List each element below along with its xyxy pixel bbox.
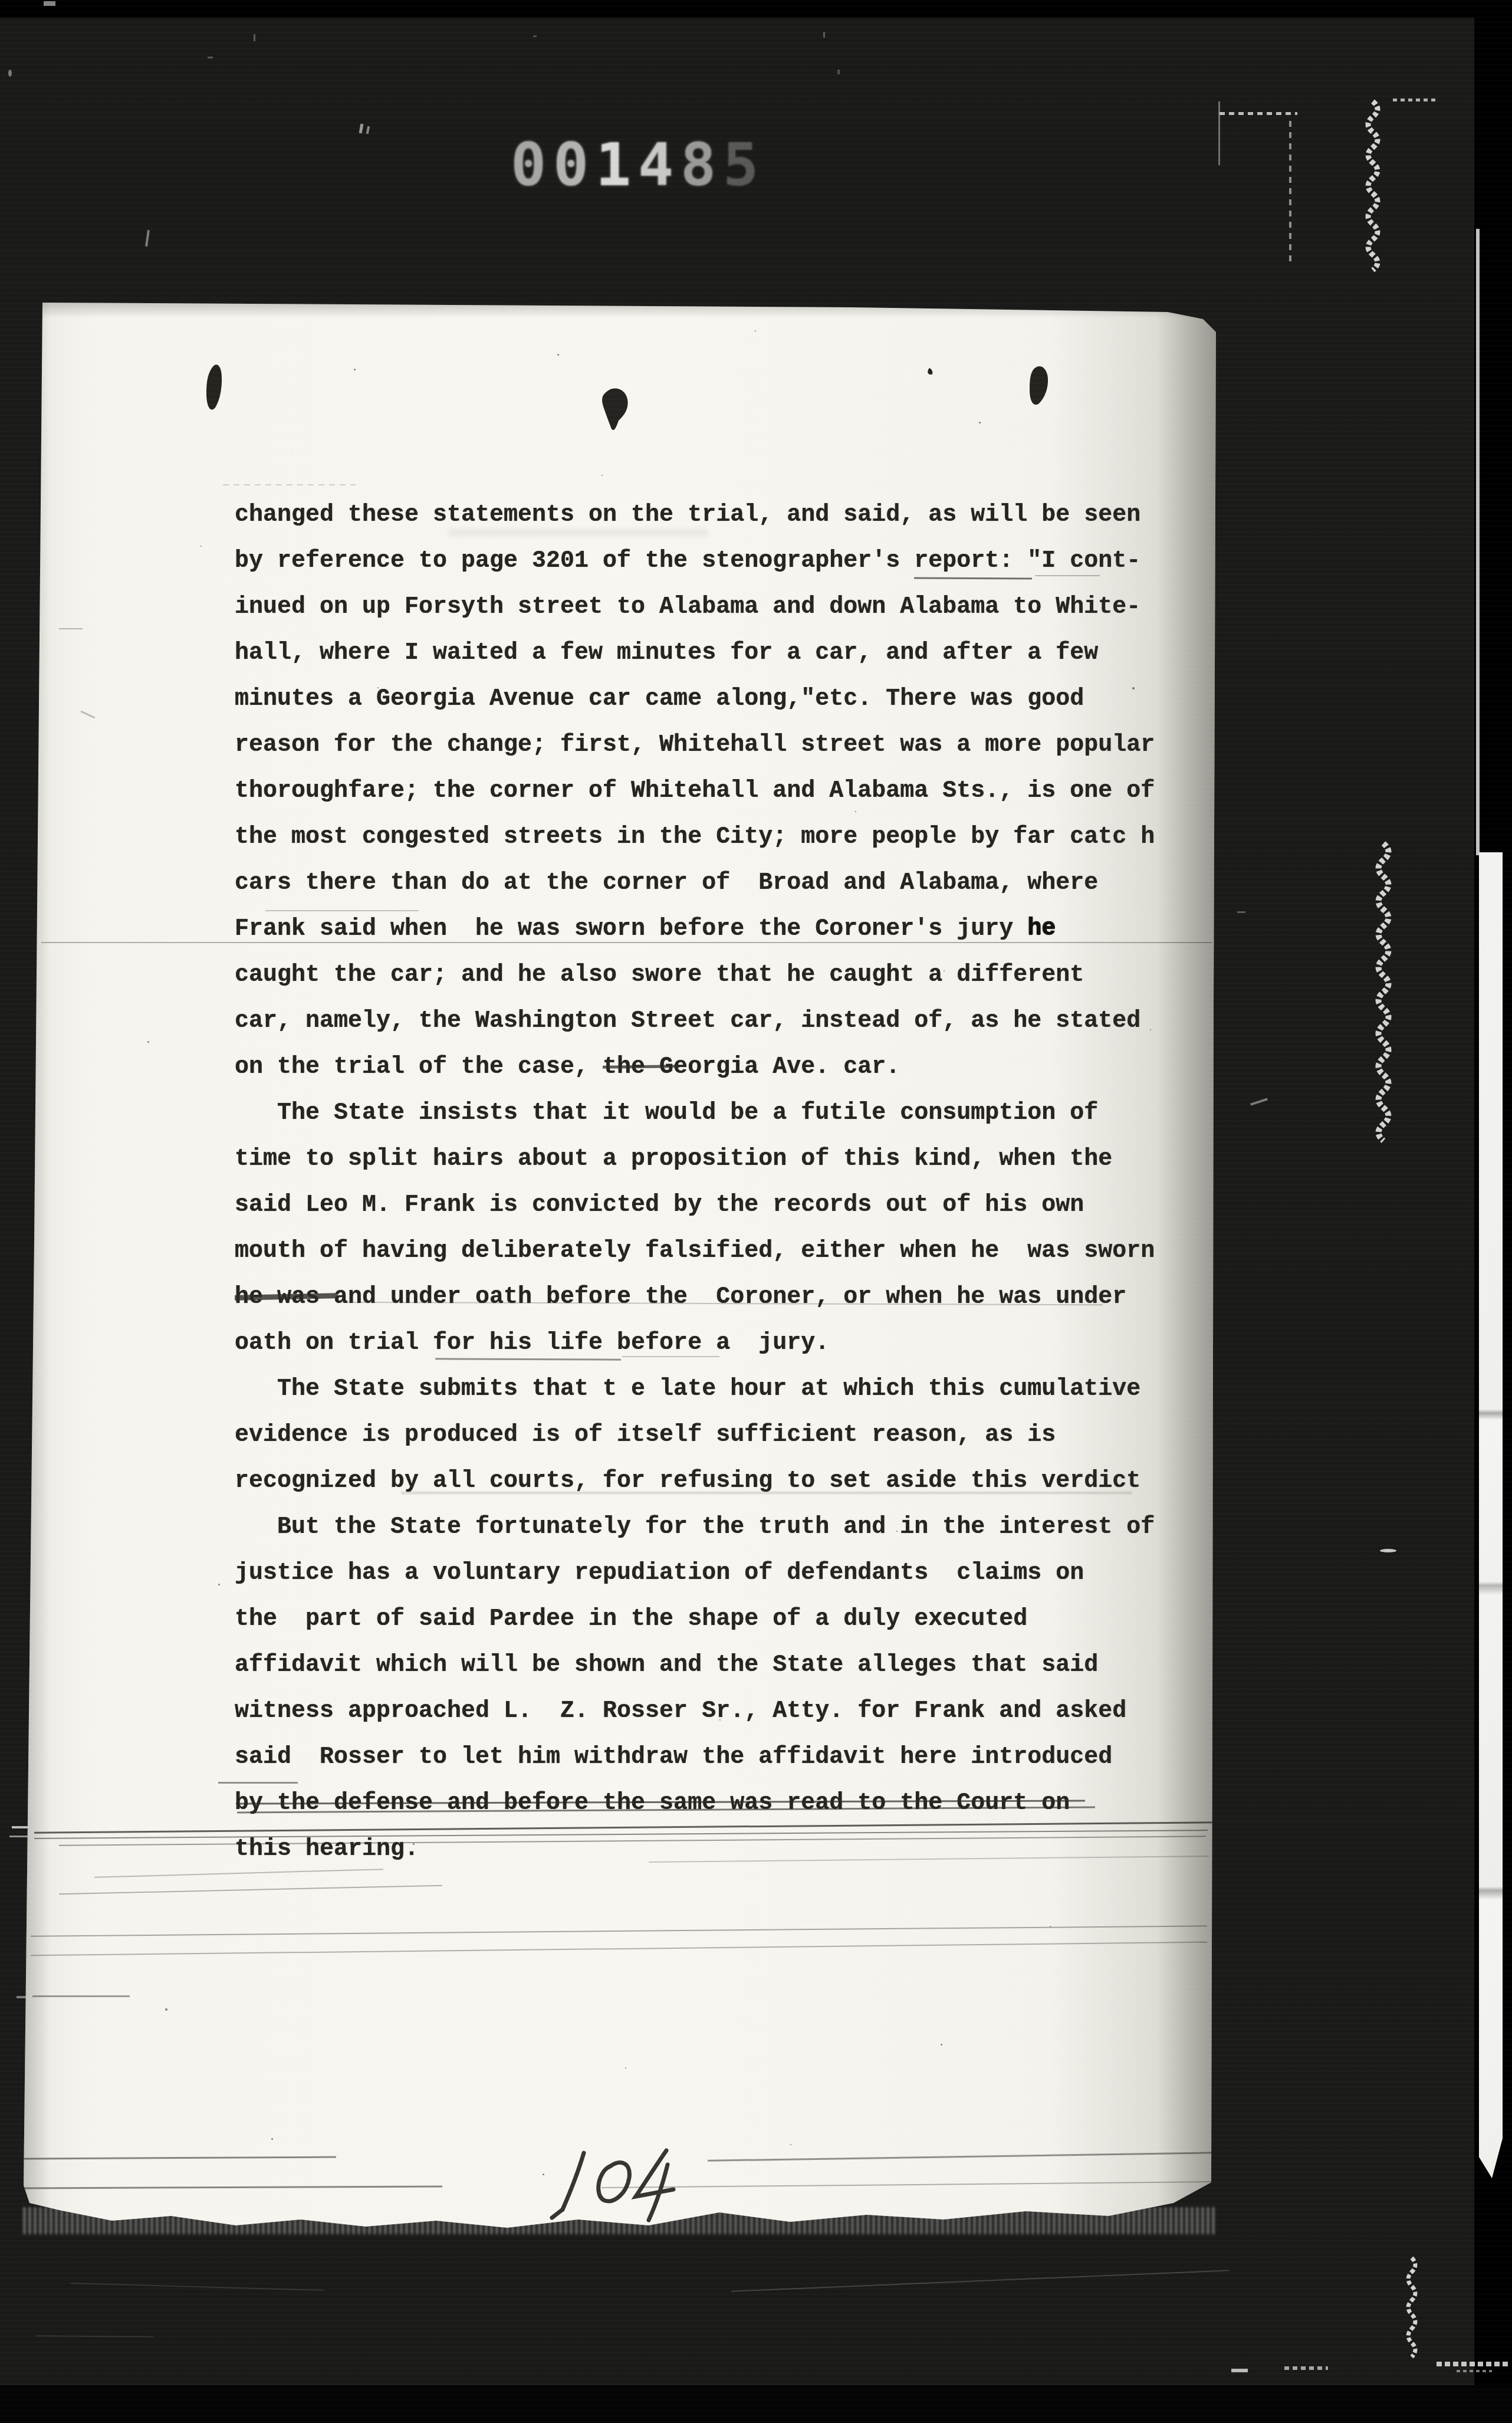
film-squiggle [1368,101,1378,270]
page-number-stroke [599,2162,630,2201]
page-number-stroke [552,2209,563,2218]
page-number-stroke [636,2151,673,2197]
page-overlay-graphics [24,298,1216,2235]
overtyped-word: he [1027,917,1056,941]
ink-blot [206,365,222,409]
handwritten-page-number [552,2151,673,2220]
page-number-stroke [563,2153,584,2209]
ink-blot [928,368,932,375]
ink-blot [602,388,628,430]
ink-blots [206,365,1048,430]
film-squiggle [1379,843,1389,1141]
microfilm-frame: 001485 changed these statements on the t… [0,0,1512,2423]
document-page: changed these statements on the trial, a… [24,298,1216,2235]
film-squiggle [1408,2258,1415,2357]
ink-blot [1030,366,1048,405]
